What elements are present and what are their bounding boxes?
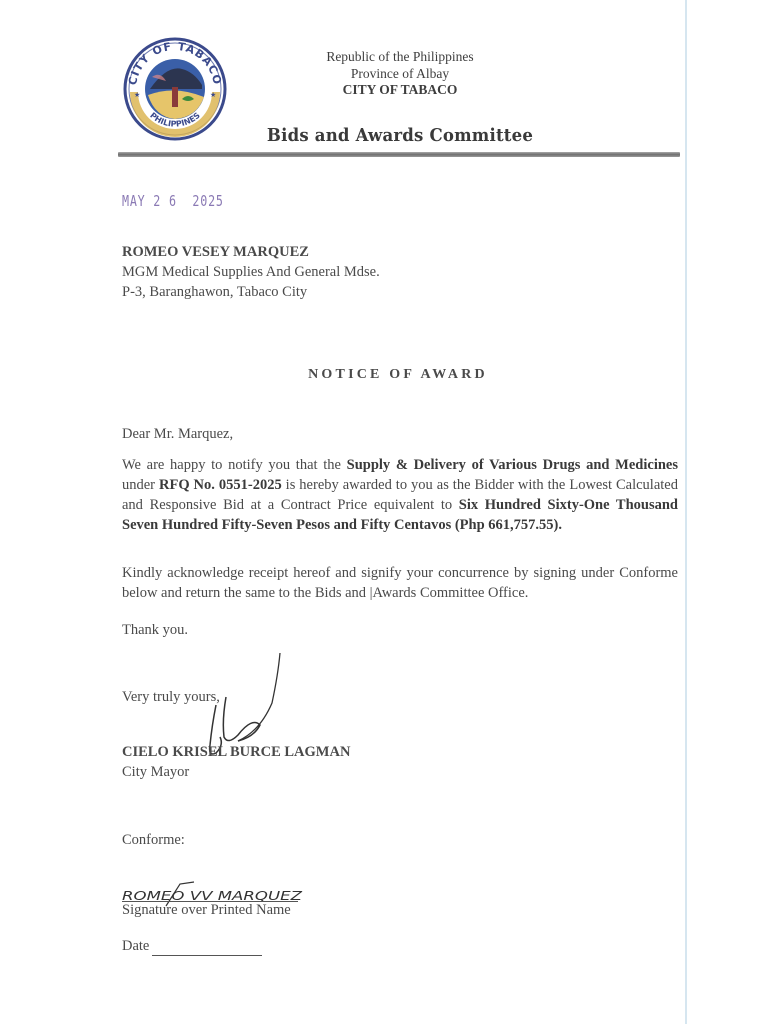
rfq-number: RFQ No. 0551-2025	[159, 477, 282, 493]
document-title: NOTICE OF AWARD	[122, 367, 674, 383]
letterhead-province: Province of Albay	[250, 66, 550, 83]
page-edge	[685, 0, 687, 1024]
thank-you: Thank you.	[122, 620, 678, 640]
committee-name: Bids and Awards Committee	[216, 125, 584, 146]
signatory-name: CIELO KRISEL BURCE LAGMAN	[122, 742, 350, 762]
award-paragraph: We are happy to notify you that the Supp…	[122, 455, 678, 535]
svg-text:★: ★	[134, 91, 140, 99]
date-blank-line[interactable]	[152, 955, 262, 956]
recipient-address: P-3, Baranghawon, Tabaco City	[122, 282, 380, 302]
signature-caption: Signature over Printed Name	[122, 902, 291, 919]
header-divider	[118, 152, 680, 157]
city-seal-logo: CITY OF TABACO PHILIPPINES ★ ★	[122, 37, 228, 141]
recipient-block: ROMEO VESEY MARQUEZ MGM Medical Supplies…	[122, 242, 380, 302]
signatory-position: City Mayor	[122, 762, 350, 782]
svg-text:★: ★	[210, 91, 216, 99]
conforme-label: Conforme:	[122, 832, 185, 849]
recipient-company: MGM Medical Supplies And General Mdse.	[122, 262, 380, 282]
letterhead-city: CITY OF TABACO	[250, 82, 550, 99]
recipient-name: ROMEO VESEY MARQUEZ	[122, 242, 380, 262]
letterhead-republic: Republic of the Philippines	[250, 49, 550, 66]
letterhead: Republic of the Philippines Province of …	[250, 49, 550, 99]
acknowledge-paragraph: Kindly acknowledge receipt hereof and si…	[122, 563, 678, 603]
date-label: Date	[122, 938, 149, 955]
award-text-2: under	[122, 477, 159, 493]
salutation: Dear Mr. Marquez,	[122, 424, 678, 444]
signatory-block: CIELO KRISEL BURCE LAGMAN City Mayor	[122, 742, 350, 782]
award-text-1: We are happy to notify you that the	[122, 457, 347, 473]
date-stamp: MAY 2 6 2025	[122, 192, 224, 210]
project-name: Supply & Delivery of Various Drugs and M…	[347, 457, 678, 473]
